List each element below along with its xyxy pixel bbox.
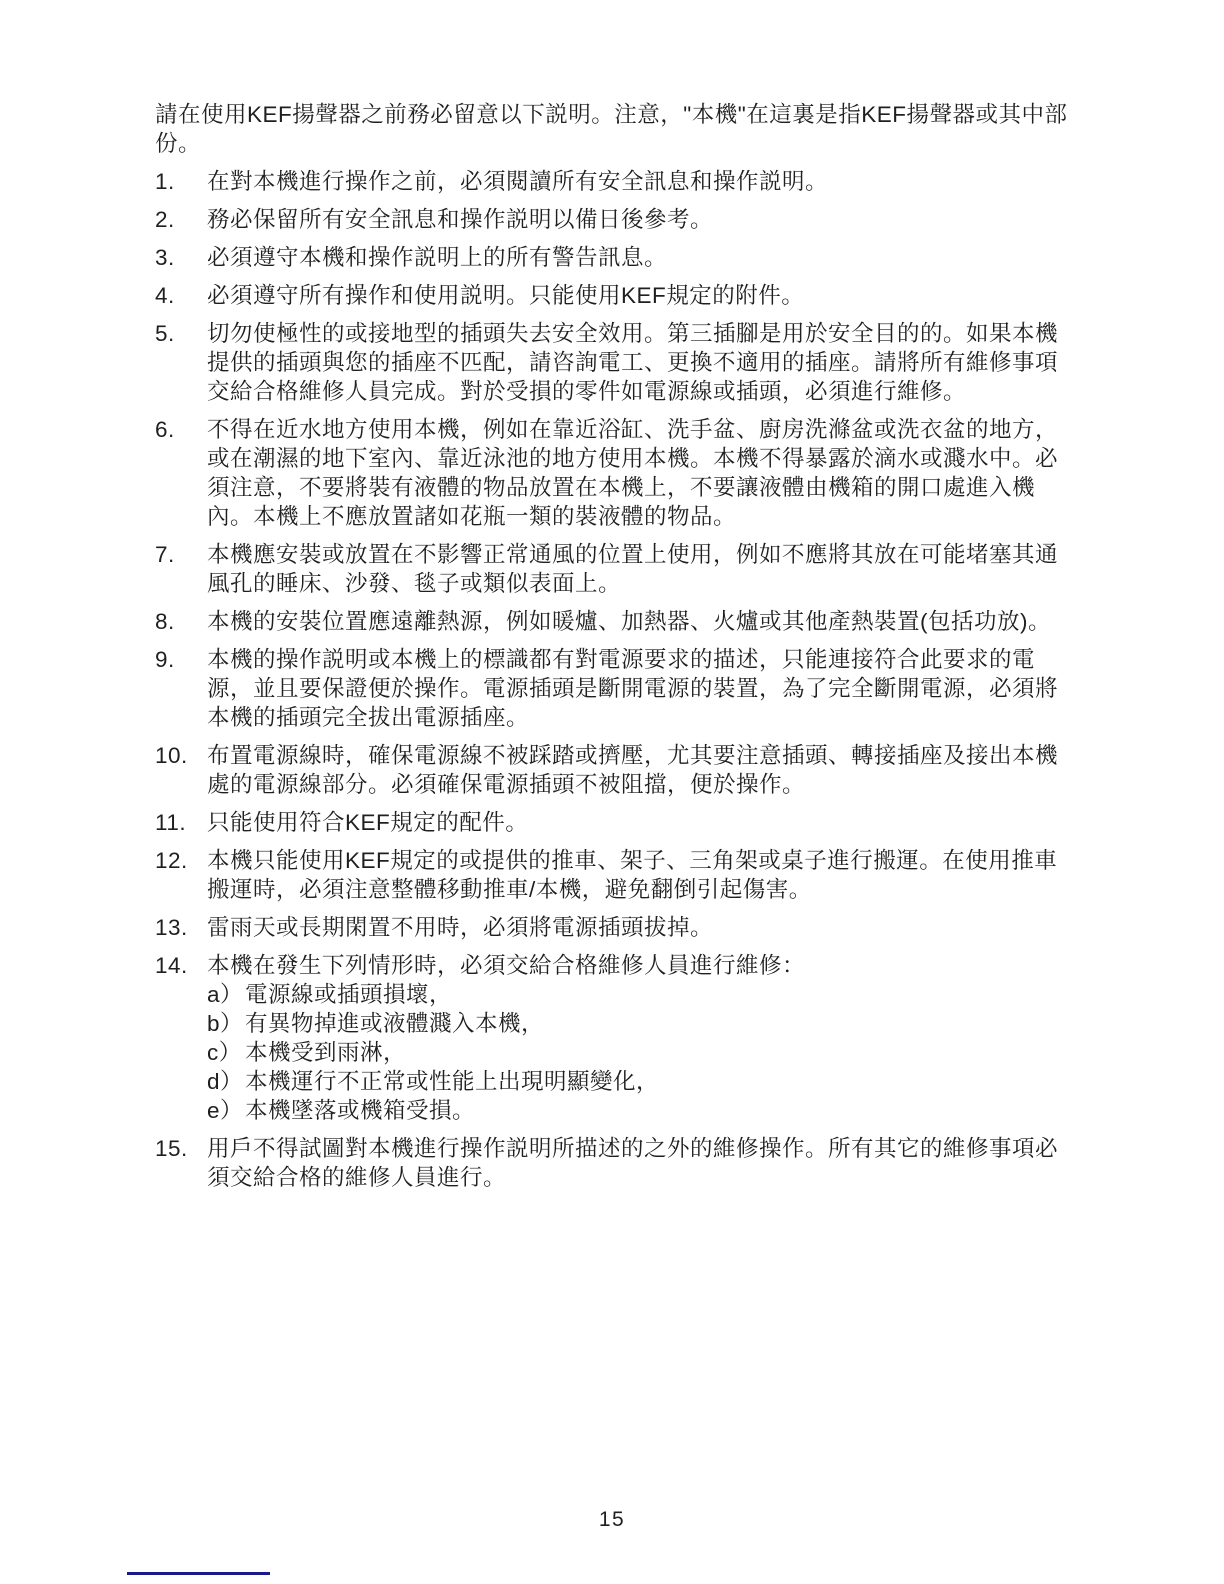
item-number: 4. [155,281,207,310]
item-text: 必須遵守所有操作和使用説明。只能使用KEF規定的附件。 [207,281,1071,310]
list-item-2: 2. 務必保留所有安全訊息和操作説明以備日後參考。 [155,205,1071,234]
item-text: 用戶不得試圖對本機進行操作説明所描述的之外的維修操作。所有其它的維修事項必須交給… [207,1134,1071,1192]
list-item-6: 6. 不得在近水地方使用本機，例如在靠近浴缸、洗手盆、廚房洗滌盆或洗衣盆的地方，… [155,415,1071,531]
list-item-11: 11. 只能使用符合KEF規定的配件。 [155,808,1071,837]
subitem-e: e） 本機墜落或機箱受損。 [207,1096,1071,1125]
subitem-text: 本機墜落或機箱受損。 [245,1096,475,1125]
item-text: 本機的操作説明或本機上的標識都有對電源要求的描述，只能連接符合此要求的電源，並且… [207,645,1071,732]
item-number: 11. [155,808,207,837]
instruction-list: 1. 在對本機進行操作之前，必須閱讀所有安全訊息和操作説明。 2. 務必保留所有… [155,167,1071,1192]
list-item-10: 10. 布置電源線時，確保電源線不被踩踏或擠壓，尤其要注意插頭、轉接插座及接出本… [155,741,1071,799]
list-item-1: 1. 在對本機進行操作之前，必須閱讀所有安全訊息和操作説明。 [155,167,1071,196]
item-text: 雷雨天或長期閑置不用時，必須將電源插頭拔掉。 [207,913,1071,942]
item-text: 必須遵守本機和操作説明上的所有警告訊息。 [207,243,1071,272]
subitem-label: e） [207,1096,245,1125]
item-number: 8. [155,607,207,636]
list-item-14: 14. 本機在發生下列情形時，必須交給合格維修人員進行維修： a） 電源線或插頭… [155,951,1071,1125]
subitem-label: a） [207,980,245,1009]
item-text: 布置電源線時，確保電源線不被踩踏或擠壓，尤其要注意插頭、轉接插座及接出本機處的電… [207,741,1071,799]
item-number: 9. [155,645,207,732]
subitem-text: 電源線或插頭損壞， [245,980,452,1009]
item-number: 5. [155,319,207,406]
item-number: 1. [155,167,207,196]
subitem-text: 本機運行不正常或性能上出現明顯變化， [245,1067,659,1096]
subitem-text: 有異物掉進或液體濺入本機， [245,1009,544,1038]
item-text: 切勿使極性的或接地型的插頭失去安全效用。第三插腳是用於安全目的的。如果本機提供的… [207,319,1071,406]
safety-instructions: 請在使用KEF揚聲器之前務必留意以下説明。注意，"本機"在這裏是指KEF揚聲器或… [155,100,1071,1201]
item-number: 6. [155,415,207,531]
item-text: 務必保留所有安全訊息和操作説明以備日後參考。 [207,205,1071,234]
subitem-d: d） 本機運行不正常或性能上出現明顯變化， [207,1067,1071,1096]
list-item-8: 8. 本機的安裝位置應遠離熱源，例如暖爐、加熱器、火爐或其他產熱裝置(包括功放)… [155,607,1071,636]
item-number: 7. [155,540,207,598]
item-number: 13. [155,913,207,942]
subitem-b: b） 有異物掉進或液體濺入本機， [207,1009,1071,1038]
item-number: 10. [155,741,207,799]
item-number: 12. [155,846,207,904]
list-item-9: 9. 本機的操作説明或本機上的標識都有對電源要求的描述，只能連接符合此要求的電源… [155,645,1071,732]
item-text: 本機在發生下列情形時，必須交給合格維修人員進行維修： [207,951,1071,980]
item-text: 本機只能使用KEF規定的或提供的推車、架子、三角架或桌子進行搬運。在使用推車搬運… [207,846,1071,904]
item-number: 14. [155,951,207,1125]
list-item-4: 4. 必須遵守所有操作和使用説明。只能使用KEF規定的附件。 [155,281,1071,310]
item-number: 15. [155,1134,207,1192]
subitem-c: c） 本機受到雨淋， [207,1038,1071,1067]
subitem-text: 本機受到雨淋， [245,1038,406,1067]
item-text: 本機應安裝或放置在不影響正常通風的位置上使用，例如不應將其放在可能堵塞其通風孔的… [207,540,1071,598]
list-item-3: 3. 必須遵守本機和操作説明上的所有警告訊息。 [155,243,1071,272]
footer-rule [127,1572,270,1575]
list-item-15: 15. 用戶不得試圖對本機進行操作説明所描述的之外的維修操作。所有其它的維修事項… [155,1134,1071,1192]
list-item-12: 12. 本機只能使用KEF規定的或提供的推車、架子、三角架或桌子進行搬運。在使用… [155,846,1071,904]
item-text: 在對本機進行操作之前，必須閱讀所有安全訊息和操作説明。 [207,167,1071,196]
subitem-label: d） [207,1067,245,1096]
list-item-7: 7. 本機應安裝或放置在不影響正常通風的位置上使用，例如不應將其放在可能堵塞其通… [155,540,1071,598]
intro-paragraph: 請在使用KEF揚聲器之前務必留意以下説明。注意，"本機"在這裏是指KEF揚聲器或… [155,100,1071,158]
list-item-5: 5. 切勿使極性的或接地型的插頭失去安全效用。第三插腳是用於安全目的的。如果本機… [155,319,1071,406]
item-text: 本機的安裝位置應遠離熱源，例如暖爐、加熱器、火爐或其他產熱裝置(包括功放)。 [207,607,1071,636]
item-number: 2. [155,205,207,234]
item-number: 3. [155,243,207,272]
document-page: 請在使用KEF揚聲器之前務必留意以下説明。注意，"本機"在這裏是指KEF揚聲器或… [0,0,1224,1584]
subitem-label: b） [207,1009,245,1038]
page-number: 15 [0,1508,1224,1532]
item-text: 不得在近水地方使用本機，例如在靠近浴缸、洗手盆、廚房洗滌盆或洗衣盆的地方，或在潮… [207,415,1071,531]
subitem-label: c） [207,1038,245,1067]
item-body: 本機在發生下列情形時，必須交給合格維修人員進行維修： a） 電源線或插頭損壞， … [207,951,1071,1125]
item-text: 只能使用符合KEF規定的配件。 [207,808,1071,837]
subitem-a: a） 電源線或插頭損壞， [207,980,1071,1009]
list-item-13: 13. 雷雨天或長期閑置不用時，必須將電源插頭拔掉。 [155,913,1071,942]
